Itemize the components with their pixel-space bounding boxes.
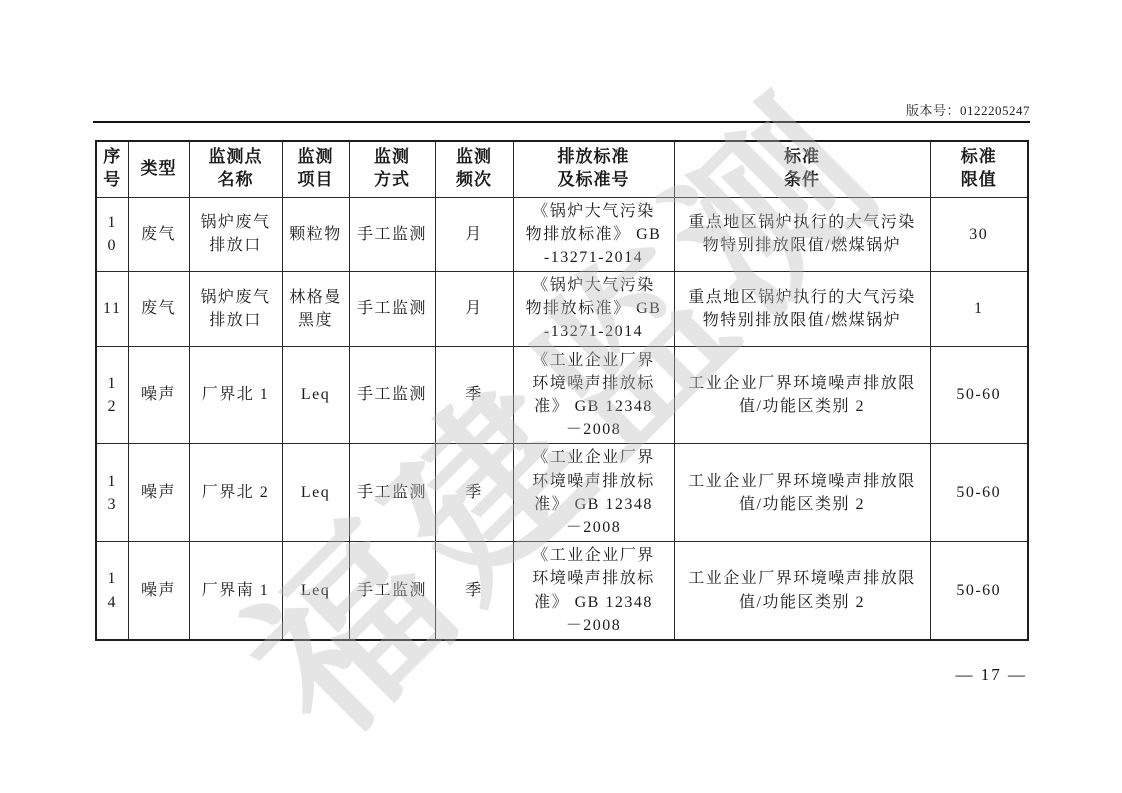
cell-point: 厂界北 2 bbox=[189, 444, 282, 542]
cell-method: 手工监测 bbox=[349, 444, 435, 542]
cell-method: 手工监测 bbox=[349, 197, 435, 272]
cell-limit: 30 bbox=[930, 197, 1028, 272]
monitoring-standards-table: 序 号 类型 监测点 名称 监测 项目 监测 方式 监测 频次 排放标准 及标准… bbox=[95, 140, 1029, 641]
cell-limit: 50-60 bbox=[930, 542, 1028, 640]
header-condition: 标准 条件 bbox=[674, 141, 930, 197]
cell-standard: 《锅炉大气污染物排放标准》 GB-13271-2014 bbox=[513, 272, 674, 347]
cell-limit: 1 bbox=[930, 272, 1028, 347]
cell-type: 废气 bbox=[128, 272, 189, 347]
cell-freq: 月 bbox=[435, 197, 513, 272]
cell-no: 10 bbox=[96, 197, 128, 272]
table-row: 10废气锅炉废气排放口颗粒物手工监测月《锅炉大气污染物排放标准》 GB-1327… bbox=[96, 197, 1028, 272]
cell-item: Leq bbox=[282, 542, 349, 640]
cell-condition: 工业企业厂界环境噪声排放限值/功能区类别 2 bbox=[674, 444, 930, 542]
cell-method: 手工监测 bbox=[349, 542, 435, 640]
cell-limit: 50-60 bbox=[930, 444, 1028, 542]
cell-point: 锅炉废气排放口 bbox=[189, 272, 282, 347]
cell-no: 13 bbox=[96, 444, 128, 542]
cell-condition: 重点地区锅炉执行的大气污染物特别排放限值/燃煤锅炉 bbox=[674, 197, 930, 272]
cell-condition: 重点地区锅炉执行的大气污染物特别排放限值/燃煤锅炉 bbox=[674, 272, 930, 347]
cell-freq: 季 bbox=[435, 346, 513, 444]
cell-condition: 工业企业厂界环境噪声排放限值/功能区类别 2 bbox=[674, 542, 930, 640]
cell-item: Leq bbox=[282, 346, 349, 444]
cell-item: 林格曼黑度 bbox=[282, 272, 349, 347]
cell-item: Leq bbox=[282, 444, 349, 542]
table-header-row: 序 号 类型 监测点 名称 监测 项目 监测 方式 监测 频次 排放标准 及标准… bbox=[96, 141, 1028, 197]
cell-no: 11 bbox=[96, 272, 128, 347]
cell-point: 厂界南 1 bbox=[189, 542, 282, 640]
cell-freq: 季 bbox=[435, 444, 513, 542]
cell-method: 手工监测 bbox=[349, 272, 435, 347]
header-no: 序 号 bbox=[96, 141, 128, 197]
cell-item: 颗粒物 bbox=[282, 197, 349, 272]
cell-type: 噪声 bbox=[128, 444, 189, 542]
page-number: — 17 — bbox=[0, 665, 1027, 685]
cell-no: 14 bbox=[96, 542, 128, 640]
table-row: 14噪声厂界南 1Leq手工监测季《工业企业厂界环境噪声排放标准》 GB 123… bbox=[96, 542, 1028, 640]
header-standard: 排放标准 及标准号 bbox=[513, 141, 674, 197]
header-type: 类型 bbox=[128, 141, 189, 197]
header-limit: 标准 限值 bbox=[930, 141, 1028, 197]
header-freq: 监测 频次 bbox=[435, 141, 513, 197]
cell-condition: 工业企业厂界环境噪声排放限值/功能区类别 2 bbox=[674, 346, 930, 444]
cell-type: 噪声 bbox=[128, 542, 189, 640]
cell-freq: 月 bbox=[435, 272, 513, 347]
header-method: 监测 方式 bbox=[349, 141, 435, 197]
cell-freq: 季 bbox=[435, 542, 513, 640]
header-item: 监测 项目 bbox=[282, 141, 349, 197]
cell-no: 12 bbox=[96, 346, 128, 444]
cell-standard: 《工业企业厂界环境噪声排放标准》 GB 12348－2008 bbox=[513, 444, 674, 542]
cell-standard: 《锅炉大气污染物排放标准》 GB-13271-2014 bbox=[513, 197, 674, 272]
cell-standard: 《工业企业厂界环境噪声排放标准》 GB 12348－2008 bbox=[513, 542, 674, 640]
table-row: 11废气锅炉废气排放口林格曼黑度手工监测月《锅炉大气污染物排放标准》 GB-13… bbox=[96, 272, 1028, 347]
cell-method: 手工监测 bbox=[349, 346, 435, 444]
header-divider bbox=[93, 121, 1030, 123]
cell-type: 噪声 bbox=[128, 346, 189, 444]
cell-point: 厂界北 1 bbox=[189, 346, 282, 444]
cell-point: 锅炉废气排放口 bbox=[189, 197, 282, 272]
cell-type: 废气 bbox=[128, 197, 189, 272]
cell-limit: 50-60 bbox=[930, 346, 1028, 444]
cell-standard: 《工业企业厂界环境噪声排放标准》 GB 12348－2008 bbox=[513, 346, 674, 444]
table-row: 13噪声厂界北 2Leq手工监测季《工业企业厂界环境噪声排放标准》 GB 123… bbox=[96, 444, 1028, 542]
table-row: 12噪声厂界北 1Leq手工监测季《工业企业厂界环境噪声排放标准》 GB 123… bbox=[96, 346, 1028, 444]
version-label: 版本号：0122205247 bbox=[0, 100, 1030, 119]
header-point: 监测点 名称 bbox=[189, 141, 282, 197]
